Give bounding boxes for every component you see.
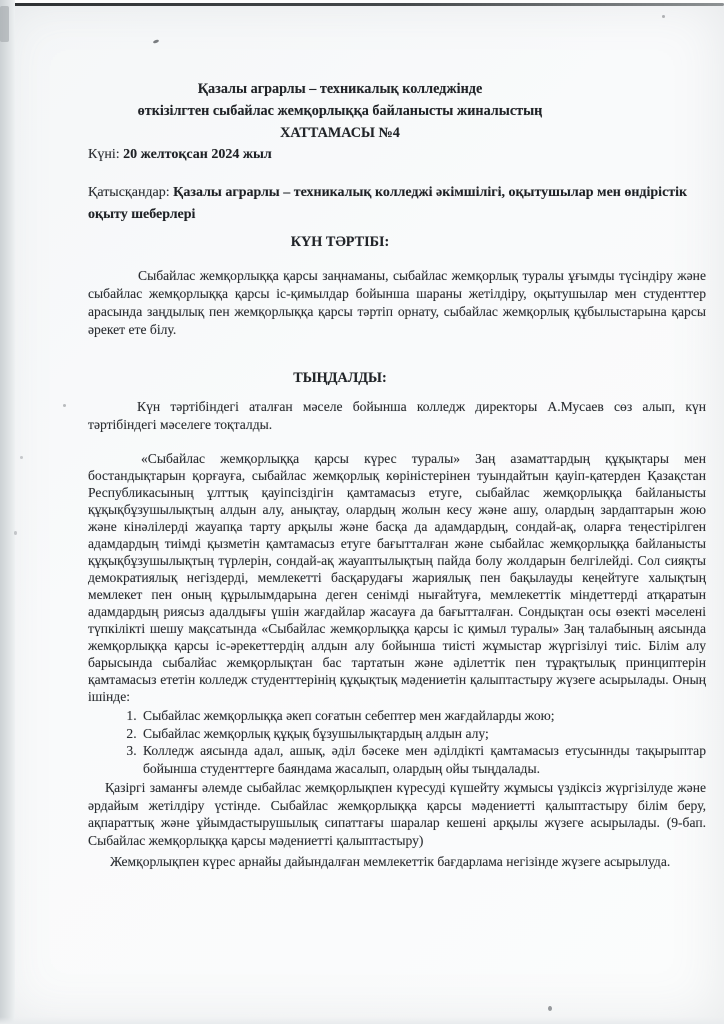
date-line: Күні: 20 желтоқсан 2024 жыл [88, 145, 706, 165]
heard-heading: ТЫҢДАЛДЫ: [88, 368, 592, 388]
scan-speck [548, 1006, 552, 1011]
scan-edge-left [0, 0, 15, 1024]
date-label: Күні: [88, 147, 120, 162]
scan-speck [153, 39, 160, 44]
law-paragraph: «Сыбайлас жемқорлыққа қарсы күрес туралы… [88, 450, 706, 705]
scanned-page: Қазалы аграрлы – техникалық колледжінде … [0, 0, 724, 1024]
list-item-3: Колледж аясында адал, ашық, әділ бәсеке … [140, 742, 706, 777]
document-content: Қазалы аграрлы – техникалық колледжінде … [88, 78, 706, 871]
scan-edge-bottom [0, 1017, 724, 1024]
speaker-paragraph: Күн тәртібіндегі аталған мәселе бойынша … [88, 398, 706, 434]
scan-edge-top [13, 3, 724, 6]
participants-value: Қазалы аграрлы – техникалық колледжі әкі… [88, 185, 687, 222]
scan-speck [20, 456, 23, 459]
measures-list: Сыбайлас жемқорлыққа әкеп соғатын себепт… [88, 707, 706, 777]
scan-speck [63, 404, 66, 407]
participants-label: Қатысқандар: [88, 185, 170, 200]
list-item-2: Сыбайлас жемқорлық құқық бұзушылықтардың… [140, 725, 706, 743]
participants-line: Қатысқандар: Қазалы аграрлы – техникалық… [88, 182, 706, 226]
scan-smudge [0, 6, 9, 42]
title-line-2: өткізілгтен сыбайлас жемқорлыққа байланы… [88, 100, 592, 122]
title-line-3: ХАТТАМАСЫ №4 [88, 122, 592, 144]
date-value: 20 желтоқсан 2024 жыл [123, 147, 272, 162]
scan-speck [662, 15, 665, 18]
program-paragraph: Жемқорлықпен күрес арнайы дайындалған ме… [88, 853, 706, 871]
agenda-heading: КҮН ТӘРТІБІ: [88, 232, 592, 252]
title-line-1: Қазалы аграрлы – техникалық колледжінде [88, 78, 592, 100]
scan-speck [14, 531, 17, 535]
list-item-1: Сыбайлас жемқорлыққа әкеп соғатын себепт… [140, 707, 706, 725]
culture-paragraph: Қазіргі заманғы әлемде сыбайлас жемқорлы… [88, 779, 706, 849]
document-title: Қазалы аграрлы – техникалық колледжінде … [88, 78, 592, 144]
agenda-paragraph: Сыбайлас жемқорлыққа қарсы заңнаманы, сы… [88, 267, 706, 339]
